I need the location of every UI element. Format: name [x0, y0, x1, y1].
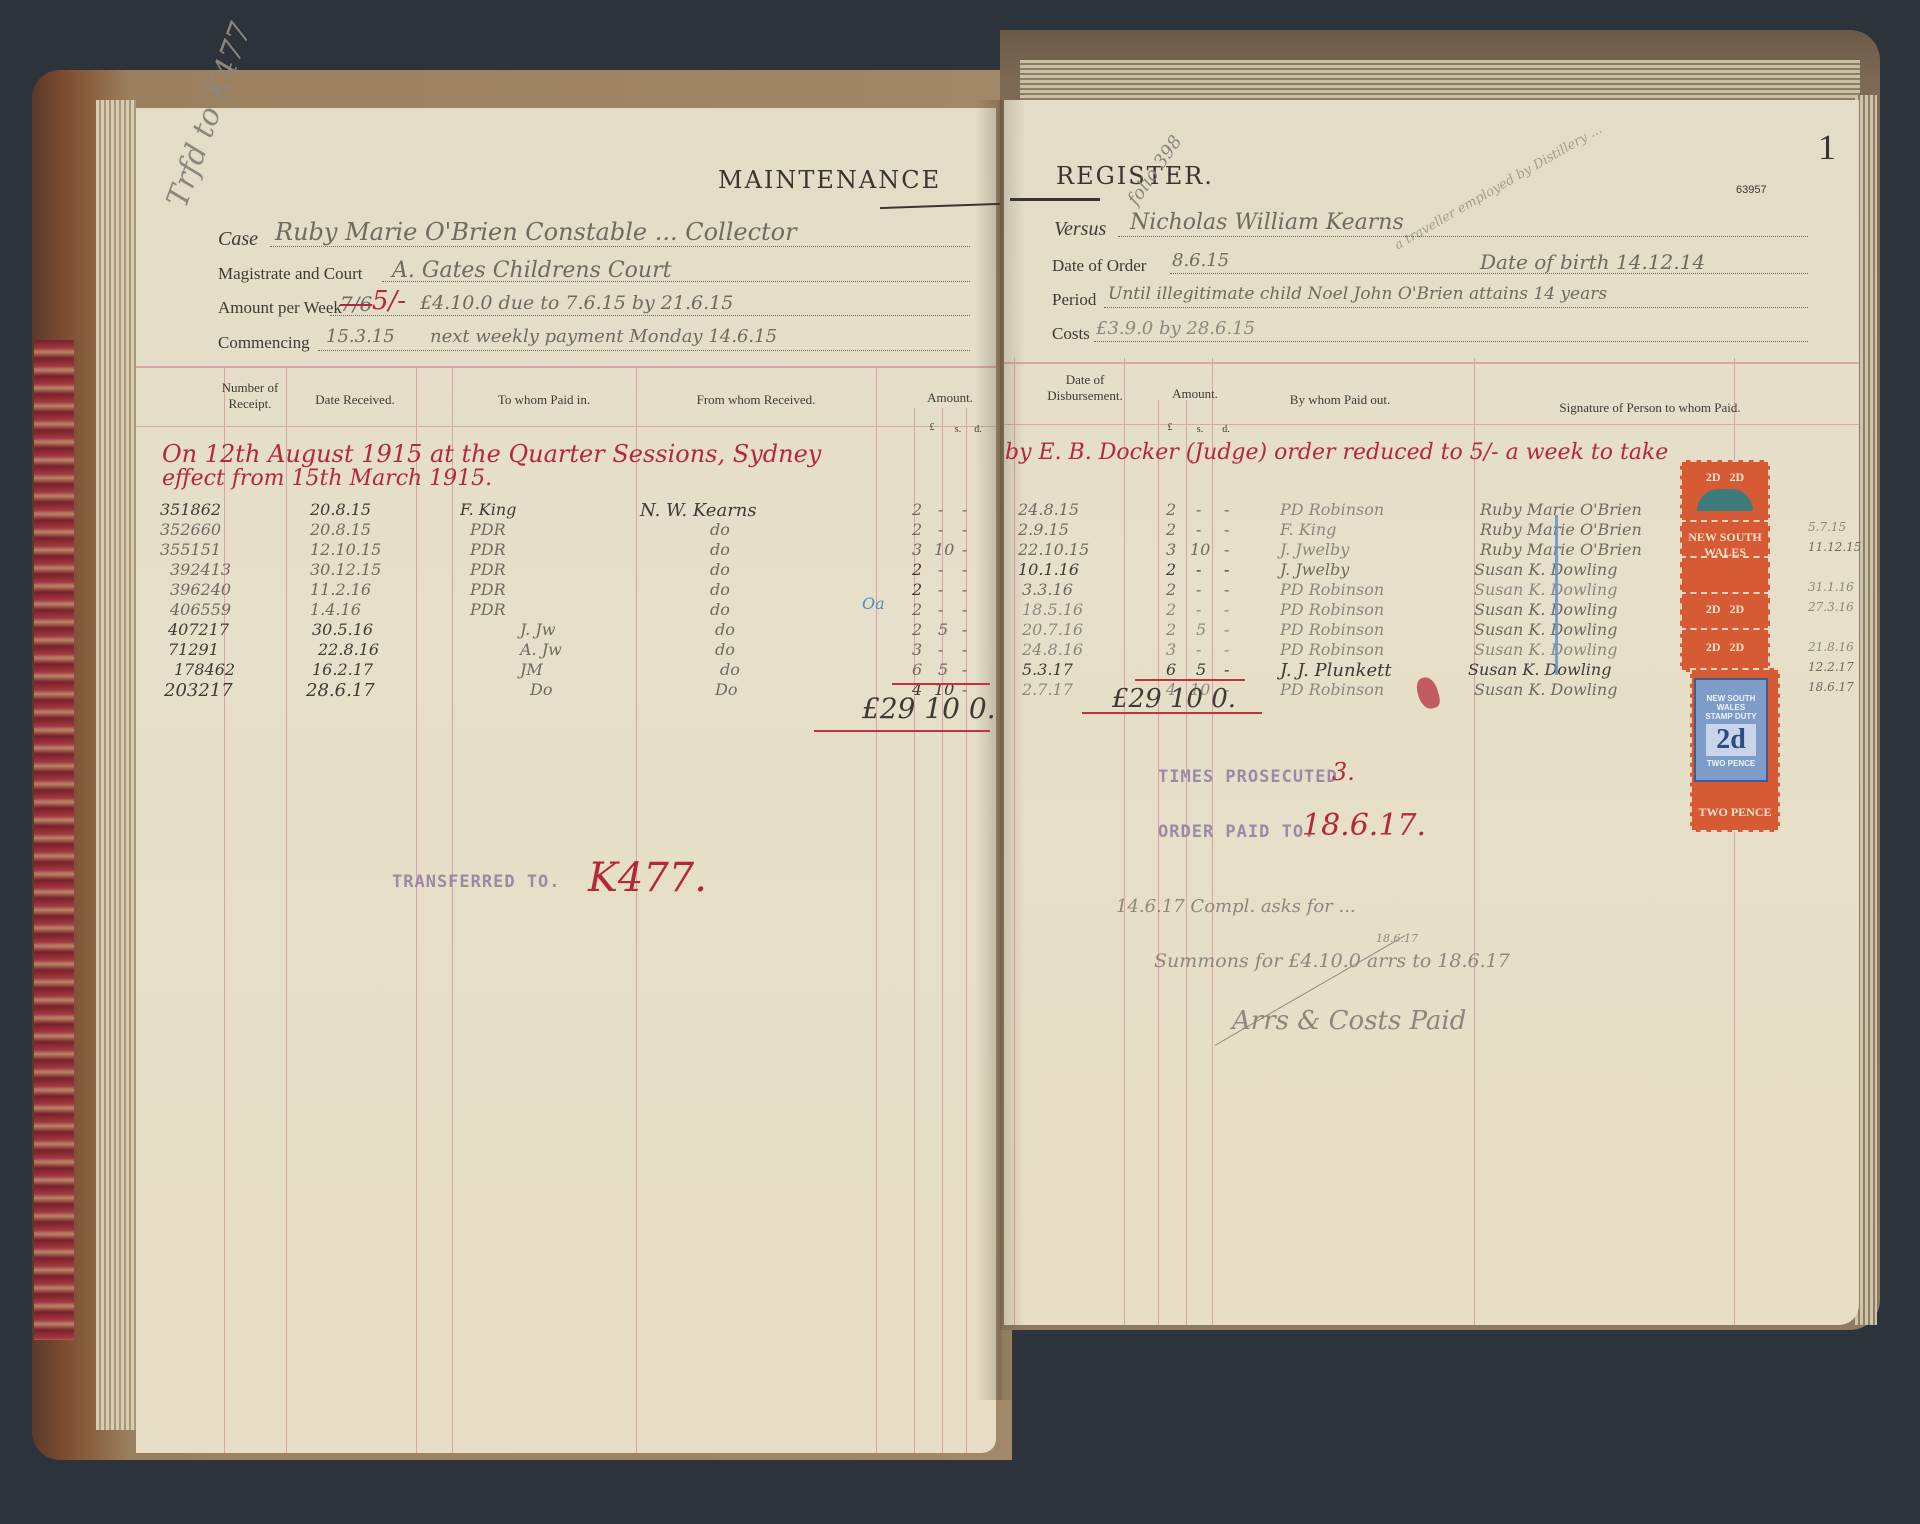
paid-out-by: PD Robinson [1280, 600, 1384, 619]
paid-in-to: PDR [470, 560, 506, 579]
magistrate-label: Magistrate and Court [218, 264, 362, 284]
disbursement-pence: - [1224, 520, 1229, 539]
book-gutter [975, 100, 1025, 1400]
amount-shillings: - [938, 500, 943, 519]
commencing-line [318, 350, 970, 351]
costs-value: £3.9.0 by 28.6.15 [1096, 318, 1255, 339]
disbursement-pounds: 6 [1166, 660, 1176, 679]
header-rule [1004, 362, 1859, 364]
order-paid-to-label: ORDER PAID TO. [1158, 822, 1315, 842]
table-row: 71291 [168, 640, 219, 659]
received-from: Do [715, 680, 737, 699]
column-rule [452, 366, 453, 1453]
blue-pencil-mark [1555, 515, 1558, 675]
stamp-cancel-date: 27.3.16 [1808, 600, 1854, 614]
commencing-label: Commencing [218, 333, 310, 353]
amount-pounds: 2 [912, 580, 922, 599]
disbursement-shillings: 5 [1196, 660, 1206, 679]
pencil-note-line1: 14.6.17 Compl. asks for ... [1116, 896, 1356, 917]
amount-pounds: 2 [912, 500, 922, 519]
amount-pence: - [962, 560, 967, 579]
stamp-cancel-date: 5.7.15 [1808, 520, 1846, 534]
receipts-total: £29 10 0. [862, 692, 996, 725]
column-rule [636, 366, 637, 1453]
header-rule [1004, 424, 1859, 425]
header-disbursement-amount: Amount. [1150, 386, 1240, 402]
revenue-stamp-red: 2D 2D [1680, 628, 1770, 672]
case-label: Case [218, 228, 258, 251]
disbursement-pounds: 2 [1166, 620, 1176, 639]
disbursement-date: 3.3.16 [1022, 580, 1073, 599]
received-from: do [710, 580, 730, 599]
header-shillings-right: s. [1190, 422, 1210, 438]
recipient-signature: Susan K. Dowling [1474, 620, 1617, 639]
header-rule [136, 366, 996, 368]
amount-shillings: - [938, 600, 943, 619]
received-from: do [710, 600, 730, 619]
amount-pence: - [962, 660, 967, 679]
disbursement-pence: - [1224, 540, 1229, 559]
disbursement-shillings: - [1196, 520, 1201, 539]
disbursements-total: £29 10 0. [1112, 684, 1236, 714]
amount-shillings: - [938, 580, 943, 599]
header-date-received: Date Received. [290, 392, 420, 408]
disbursement-date: 24.8.16 [1022, 640, 1083, 659]
disbursement-pence: - [1224, 560, 1229, 579]
disbursement-date: 2.9.15 [1018, 520, 1069, 539]
received-date: 30.12.15 [310, 560, 381, 579]
amount-corrected: 5/- [372, 286, 406, 316]
paid-out-by: PD Robinson [1280, 680, 1384, 699]
case-line [270, 246, 970, 247]
pencil-note-line2: Summons for £4.10.0 arrs to 18.6.17 [1154, 950, 1510, 972]
stamp-cancel-date: 31.1.16 [1808, 580, 1854, 594]
disbursement-pence: - [1224, 500, 1229, 519]
disbursement-shillings: - [1196, 600, 1201, 619]
recipient-signature: Susan K. Dowling [1468, 660, 1611, 679]
received-from: N. W. Kearns [640, 500, 757, 521]
amount-shillings: 5 [938, 660, 948, 679]
recipient-signature: Ruby Marie O'Brien [1480, 500, 1642, 519]
paid-in-to: Do [530, 680, 552, 699]
magistrate-value: A. Gates Childrens Court [392, 258, 671, 283]
paid-out-by: F. King [1280, 520, 1336, 539]
red-note-line1-left: On 12th August 1915 at the Quarter Sessi… [162, 440, 821, 468]
amount-pence: - [962, 600, 967, 619]
costs-label: Costs [1052, 324, 1090, 344]
red-note-line2: effect from 15th March 1915. [162, 466, 492, 491]
period-value: Until illegitimate child Noel John O'Bri… [1108, 284, 1607, 304]
header-signature: Signature of Person to whom Paid. [1500, 400, 1800, 416]
received-from: do [720, 660, 740, 679]
recipient-signature: Ruby Marie O'Brien [1480, 520, 1642, 539]
marbled-endpaper [34, 340, 74, 1340]
paid-out-by: PD Robinson [1280, 640, 1384, 659]
received-from: do [715, 640, 735, 659]
stamp-cancel-date: 11.12.15 [1808, 540, 1861, 554]
header-pence: d. [968, 422, 988, 438]
register-title-left: MAINTENANCE [718, 166, 941, 194]
amount-pence: - [962, 500, 967, 519]
recipient-signature: Susan K. Dowling [1474, 640, 1617, 659]
disbursement-date: 18.5.16 [1022, 600, 1083, 619]
header-pounds: £ [922, 420, 942, 436]
stamp-cancel-date: 21.8.16 [1808, 640, 1854, 654]
table-row: 352660 [160, 520, 221, 539]
period-line [1104, 307, 1808, 308]
disbursement-shillings: 10 [1190, 540, 1210, 559]
red-note-line1-right: by E. B. Docker (Judge) order reduced to… [1005, 440, 1668, 465]
amount-pence: - [962, 540, 967, 559]
received-date: 20.8.15 [310, 500, 371, 519]
disbursement-pence: - [1224, 620, 1229, 639]
page-edges-top-right [1020, 60, 1860, 105]
versus-line [1118, 236, 1808, 237]
recipient-signature: Susan K. Dowling [1474, 600, 1617, 619]
table-row: 203217 [164, 680, 233, 701]
total-underline-top [892, 683, 990, 685]
times-prosecuted-label: TIMES PROSECUTED [1158, 767, 1338, 787]
received-date: 1.4.16 [310, 600, 361, 619]
paid-in-to: PDR [470, 580, 506, 599]
disbursement-shillings: - [1196, 640, 1201, 659]
table-row: 178462 [174, 660, 235, 679]
page-edges-left [96, 100, 136, 1430]
recipient-signature: Susan K. Dowling [1474, 680, 1617, 699]
revenue-stamp-red: NEW SOUTH WALES STAMP [1680, 520, 1770, 560]
header-disbursement-date: Date of Disbursement. [1030, 372, 1140, 404]
disbursement-pounds: 3 [1166, 540, 1176, 559]
amount-pounds: 3 [912, 540, 922, 559]
disbursement-date: 10.1.16 [1018, 560, 1079, 579]
received-date: 16.2.17 [312, 660, 373, 679]
recipient-signature: Susan K. Dowling [1474, 560, 1617, 579]
disbursement-pounds: 2 [1166, 600, 1176, 619]
header-receipt-number: Number of Receipt. [210, 380, 290, 412]
amount-shillings: - [938, 640, 943, 659]
received-date: 20.8.15 [310, 520, 371, 539]
amount-struck: 7/6 [340, 292, 372, 316]
received-from: do [715, 620, 735, 639]
header-amount: Amount. [905, 390, 995, 406]
disbursement-date: 5.3.17 [1022, 660, 1073, 679]
pencil-note-line3: Arrs & Costs Paid [1232, 1006, 1466, 1036]
paid-in-to: PDR [470, 520, 506, 539]
paid-in-to: J. Jw [520, 620, 555, 639]
case-value: Ruby Marie O'Brien Constable ... Collect… [275, 218, 797, 246]
table-row: 392413 [170, 560, 231, 579]
commencing-note: next weekly payment Monday 14.6.15 [430, 326, 777, 347]
column-rule [1474, 358, 1475, 1325]
total-underline-bottom [814, 730, 990, 732]
versus-label: Versus [1054, 218, 1106, 241]
received-from: do [710, 540, 730, 559]
disbursement-pence: - [1224, 580, 1229, 599]
amount-line [330, 315, 970, 316]
revenue-stamp-red: 2D 2D [1680, 460, 1770, 524]
amount-value: £4.10.0 due to 7.6.15 by 21.6.15 [420, 292, 733, 314]
amount-pence: - [962, 620, 967, 639]
disbursement-pounds: 2 [1166, 560, 1176, 579]
disbursement-date: 20.7.16 [1022, 620, 1083, 639]
times-prosecuted-value: 3. [1332, 758, 1355, 786]
recipient-signature: Susan K. Dowling [1474, 580, 1617, 599]
header-pence-right: d. [1216, 422, 1236, 438]
paid-out-by: PD Robinson [1280, 620, 1384, 639]
received-from: do [710, 520, 730, 539]
disbursement-pounds: 2 [1166, 520, 1176, 539]
header-pounds-right: £ [1160, 420, 1180, 436]
header-received-from: From whom Received. [636, 392, 876, 408]
stamp-cancel-date: 12.2.17 [1808, 660, 1854, 674]
revenue-stamp-red [1680, 556, 1770, 596]
amount-pounds: 2 [912, 520, 922, 539]
table-row: 406559 [170, 600, 231, 619]
column-rule [1124, 358, 1125, 1325]
amount-shillings: - [938, 560, 943, 579]
disbursement-pence: - [1224, 640, 1229, 659]
form-number: 63957 [1736, 184, 1767, 196]
transferred-to-label: TRANSFERRED TO. [392, 872, 561, 892]
date-of-order-value: 8.6.15 [1172, 250, 1229, 271]
amount-pence: - [962, 520, 967, 539]
disbursement-pounds: 2 [1166, 500, 1176, 519]
period-label: Period [1052, 290, 1096, 310]
date-of-birth-note: Date of birth 14.12.14 [1480, 250, 1705, 274]
disbursement-shillings: - [1196, 560, 1201, 579]
order-paid-to-value: 18.6.17. [1302, 808, 1426, 843]
header-paid-out-by: By whom Paid out. [1240, 392, 1440, 408]
paid-out-by: J. Jwelby [1280, 540, 1349, 559]
received-from: do [710, 560, 730, 579]
revenue-stamp-blue: NEW SOUTH WALES STAMP DUTY 2d TWO PENCE [1694, 678, 1768, 782]
paid-in-to: F. King [460, 500, 516, 519]
table-row: 396240 [170, 580, 231, 599]
received-date: 11.2.16 [310, 580, 371, 599]
disbursement-pence: - [1224, 600, 1229, 619]
column-rule [1186, 400, 1187, 1325]
paid-in-to: JM [520, 660, 543, 679]
amount-pounds: 2 [912, 620, 922, 639]
column-rule [416, 366, 417, 1453]
amount-shillings: 5 [938, 620, 948, 639]
amount-pounds: 3 [912, 640, 922, 659]
header-paid-in: To whom Paid in. [452, 392, 636, 408]
paid-in-to: A. Jw [520, 640, 562, 659]
column-rule [224, 366, 225, 1453]
disbursement-shillings: - [1196, 500, 1201, 519]
column-rule [286, 366, 287, 1453]
disb-total-underline-top [1135, 679, 1245, 681]
amount-label: Amount per Week [218, 298, 342, 318]
amount-pence: - [962, 580, 967, 599]
disbursement-shillings: 5 [1196, 620, 1206, 639]
page-number: 1 [1818, 126, 1836, 168]
table-row: 351862 [160, 500, 221, 519]
paid-in-to: PDR [470, 540, 506, 559]
paid-in-to: PDR [470, 600, 506, 619]
disbursement-date: 2.7.17 [1022, 680, 1073, 699]
costs-line [1094, 341, 1808, 342]
amount-pounds: 2 [912, 600, 922, 619]
disbursement-date: 22.10.15 [1018, 540, 1089, 559]
amount-shillings: - [938, 520, 943, 539]
amount-pence: - [962, 640, 967, 659]
column-rule [876, 366, 877, 1453]
amount-shillings: 10 [934, 540, 954, 559]
transferred-to-value: K477. [588, 855, 707, 901]
title-underline [1010, 198, 1100, 201]
disbursement-shillings: - [1196, 580, 1201, 599]
disbursement-pence: - [1224, 660, 1229, 679]
paid-out-by: J. J. Plunkett [1280, 660, 1392, 681]
paid-out-by: PD Robinson [1280, 580, 1384, 599]
header-rule [136, 426, 996, 427]
table-row: 407217 [168, 620, 229, 639]
received-date: 12.10.15 [310, 540, 381, 559]
header-shillings: s. [948, 422, 968, 438]
amount-pounds: 2 [912, 560, 922, 579]
table-row: 355151 [160, 540, 221, 559]
stamp-cancel-date: 18.6.17 [1808, 680, 1854, 694]
disbursement-pounds: 2 [1166, 580, 1176, 599]
versus-value: Nicholas William Kearns [1130, 210, 1404, 235]
blue-mark: Oa [862, 594, 885, 613]
recipient-signature: Ruby Marie O'Brien [1480, 540, 1642, 559]
disbursement-pounds: 3 [1166, 640, 1176, 659]
received-date: 28.6.17 [306, 680, 375, 701]
disbursement-date: 24.8.15 [1018, 500, 1079, 519]
date-of-order-label: Date of Order [1052, 256, 1146, 276]
amount-pounds: 6 [912, 660, 922, 679]
paid-out-by: J. Jwelby [1280, 560, 1349, 579]
column-rule [1158, 400, 1159, 1325]
received-date: 30.5.16 [312, 620, 373, 639]
revenue-stamp-red: 2D 2D [1680, 592, 1770, 632]
received-date: 22.8.16 [318, 640, 379, 659]
paid-out-by: PD Robinson [1280, 500, 1384, 519]
commencing-value: 15.3.15 [326, 326, 395, 347]
